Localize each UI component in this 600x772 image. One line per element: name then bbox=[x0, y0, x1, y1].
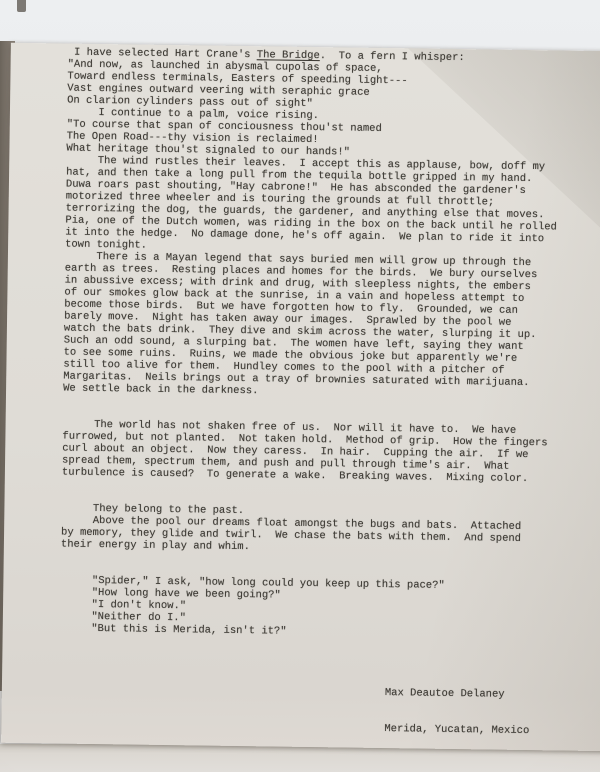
background-object bbox=[17, 0, 26, 12]
letter-text: I have selected Hart Crane's The Bridge.… bbox=[1, 43, 600, 762]
photo-of-typed-letter: I have selected Hart Crane's The Bridge.… bbox=[0, 0, 600, 772]
signature-location: Merida, Yucatan, Mexico bbox=[384, 723, 600, 738]
letter-body: "And now, as launched in abysmal cupolas… bbox=[60, 59, 600, 643]
letter-page: I have selected Hart Crane's The Bridge.… bbox=[1, 43, 600, 751]
book-title-underlined: The Bridge bbox=[257, 49, 320, 62]
signature-block: Max Deautoe Delaney Merida, Yucatan, Mex… bbox=[384, 663, 600, 762]
signature-name: Max Deautoe Delaney bbox=[385, 687, 600, 702]
